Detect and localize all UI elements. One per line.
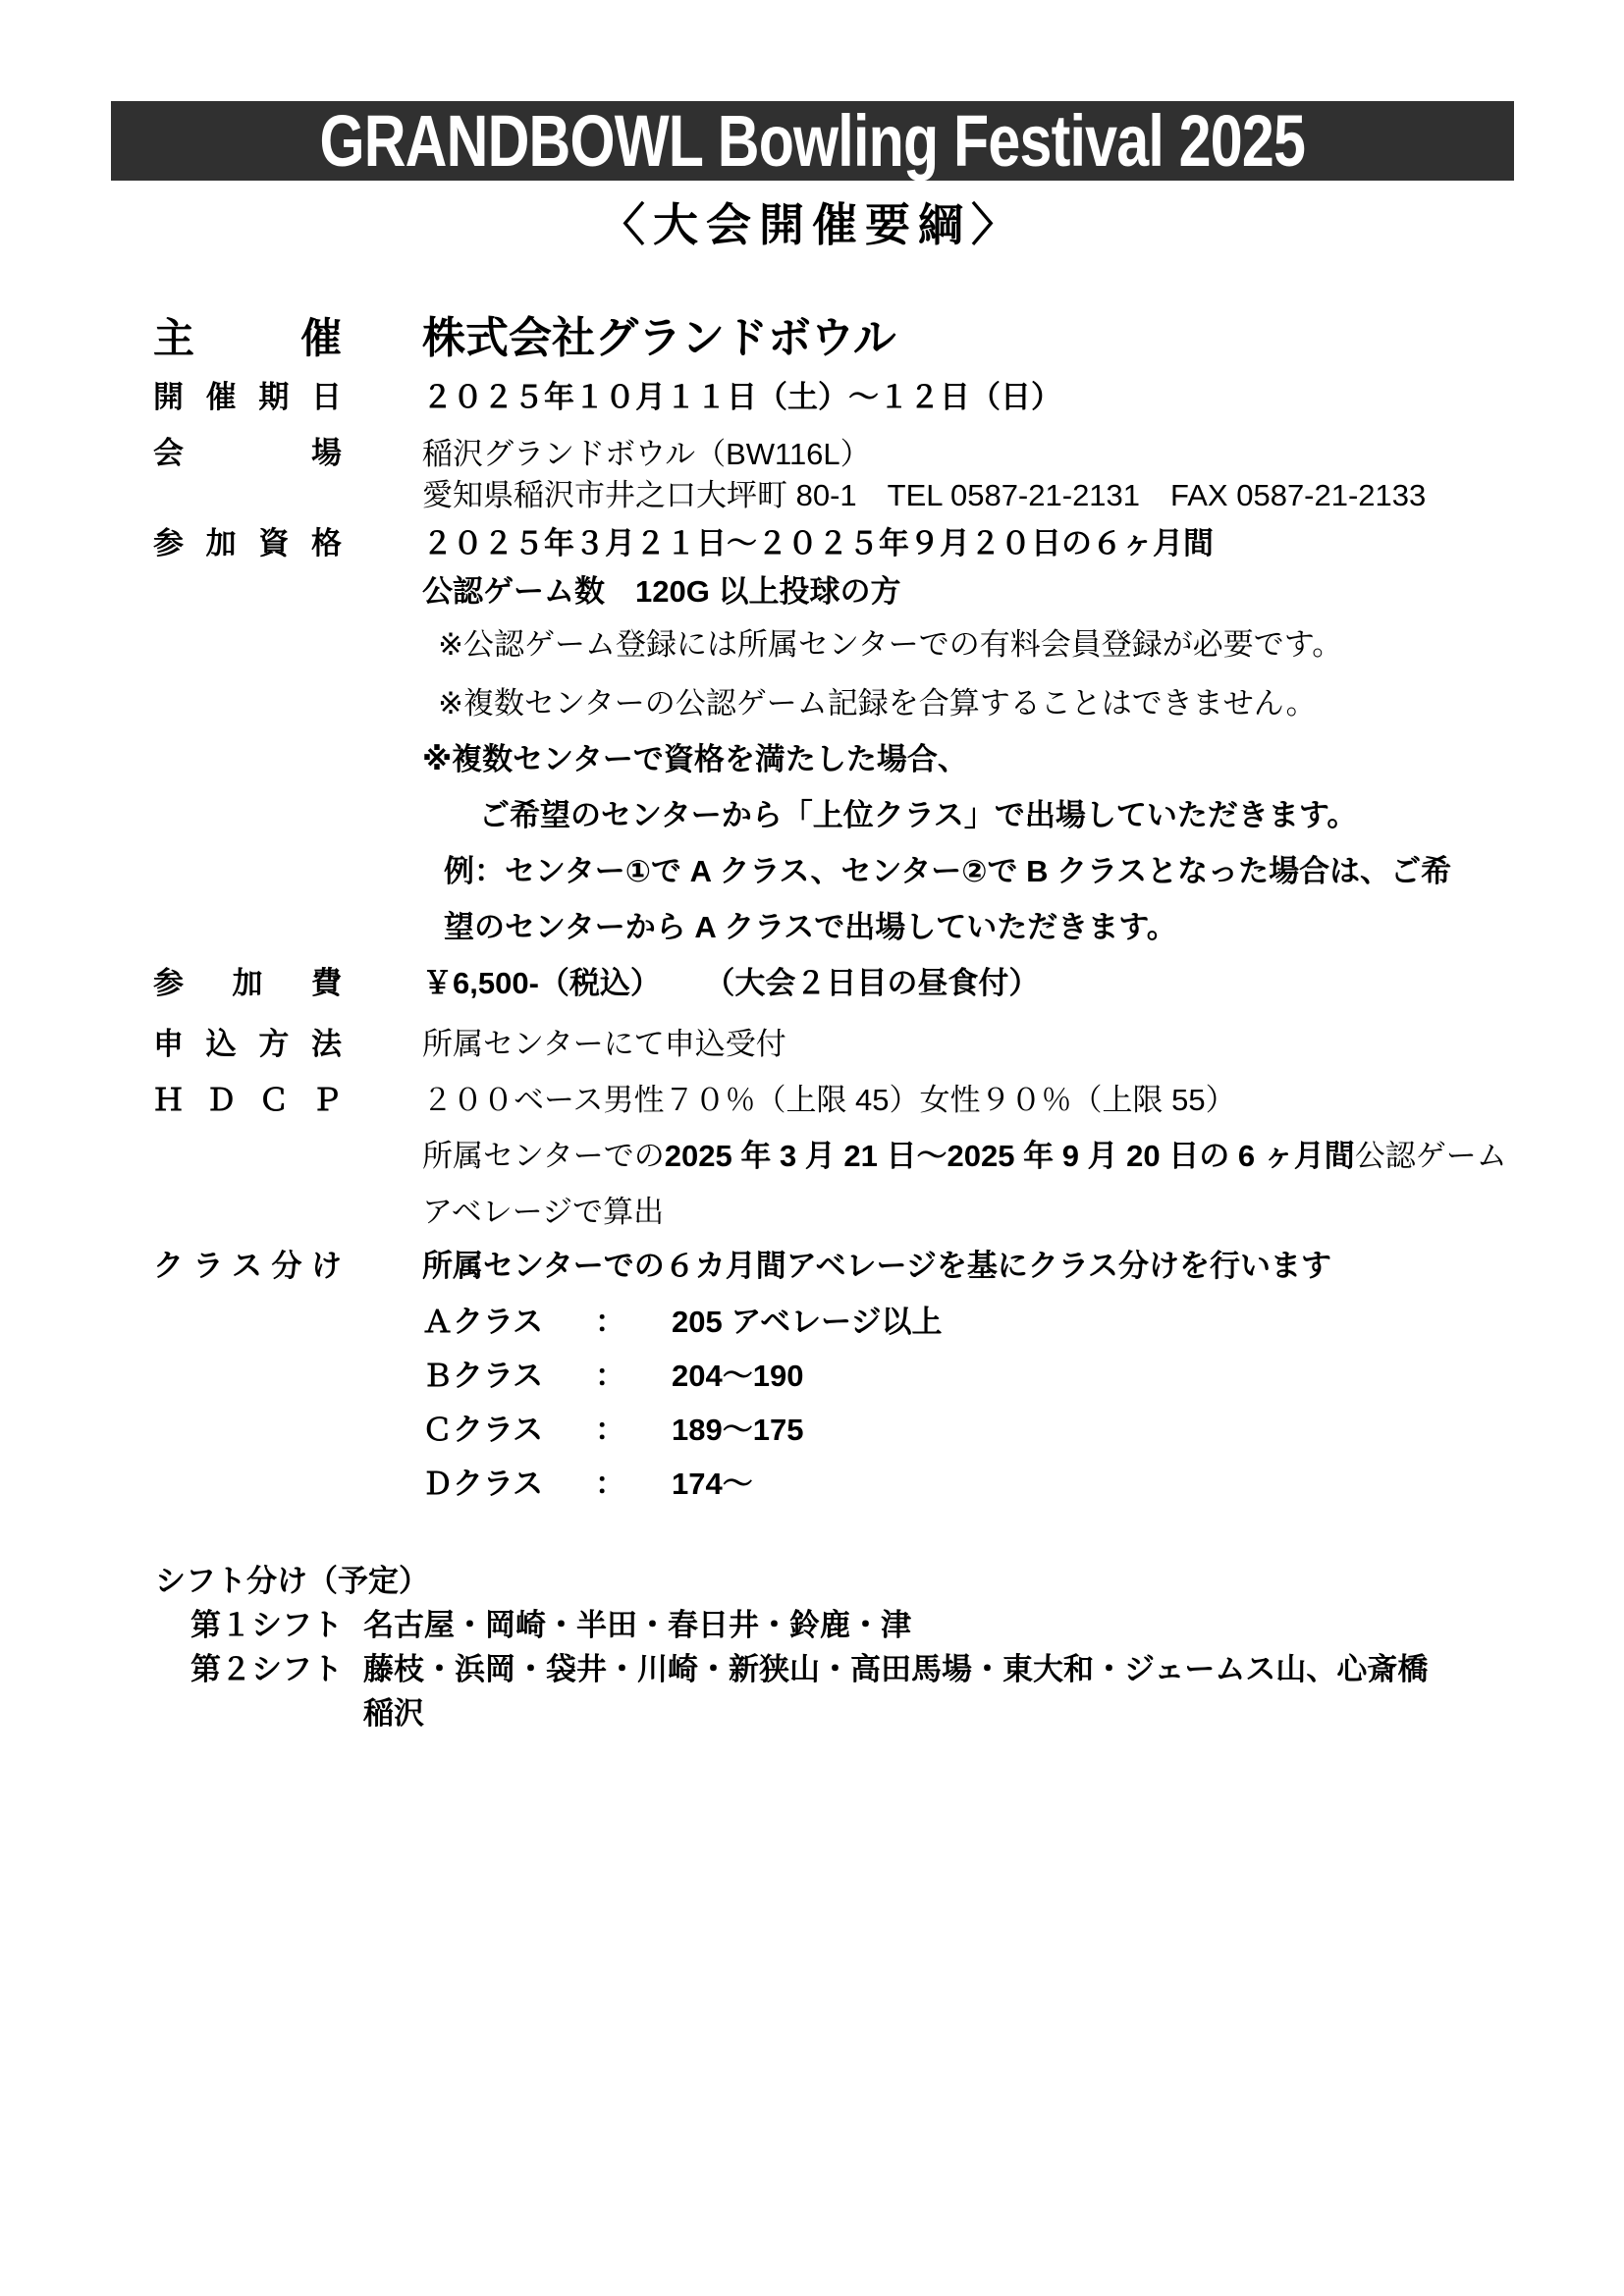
- organizer-value: 株式会社グランドボウル: [342, 314, 896, 363]
- dates-label: 開催期日: [153, 378, 342, 417]
- page-subtitle: 〈大会開催要綱〉: [0, 196, 1624, 253]
- outline-body: 主催 株式会社グランドボウル 開催期日 ２０２５年１０月１１日（土）～１２日（日…: [153, 314, 1526, 1504]
- dates-row: 開催期日 ２０２５年１０月１１日（土）～１２日（日）: [153, 378, 1526, 417]
- fee-label: 参加費: [153, 964, 342, 1003]
- eligibility-multi-case-2: ご希望のセンターから「上位クラス」で出場していただきます。: [153, 796, 1526, 835]
- classes-label: クラス分け: [153, 1247, 342, 1286]
- class-row-a: Ａクラス ： 205 アベレージ以上: [153, 1303, 1526, 1342]
- class-name: Ｂクラス: [422, 1357, 595, 1396]
- dates-value: ２０２５年１０月１１日（土）～１２日（日）: [342, 378, 1061, 417]
- hdcp-calc-period: 2025 年 3 月 21 日～2025 年 9 月 20 日の 6 ヶ月間: [665, 1139, 1355, 1173]
- hdcp-value: ２００ベース男性７０％（上限 45）女性９０％（上限 55）: [342, 1081, 1236, 1120]
- application-row: 申込方法 所属センターにて申込受付: [153, 1025, 1526, 1064]
- class-row-b: Ｂクラス ： 204～190: [153, 1357, 1526, 1396]
- hdcp-label: ＨＤＣＰ: [153, 1081, 342, 1120]
- venue-row: 会場 稲沢グランドボウル（BW116L） 愛知県稲沢市井之口大坪町 80-1 T…: [153, 434, 1526, 516]
- shift-row-2-continuation: 稲沢: [155, 1691, 1565, 1735]
- venue-address: 愛知県稲沢市井之口大坪町 80-1 TEL 0587-21-2131 FAX 0…: [422, 475, 1426, 516]
- eligibility-games: 公認ゲーム数 120G 以上投球の方: [153, 572, 1526, 612]
- eligibility-label: 参加資格: [153, 524, 342, 563]
- class-separator: ：: [595, 1465, 672, 1504]
- shift-name-spacer: [190, 1691, 363, 1735]
- eligibility-example-1: 例：センター①で A クラス、センター②で B クラスとなった場合は、ご希: [153, 852, 1526, 891]
- shifts-section: シフト分け（予定） 第１シフト 名古屋・岡崎・半田・春日井・鈴鹿・津 第２シフト…: [155, 1559, 1565, 1735]
- class-range: 189～175: [672, 1411, 803, 1450]
- organizer-label: 主催: [153, 314, 342, 363]
- eligibility-example-2: 望のセンターから A クラスで出場していただきます。: [153, 908, 1526, 947]
- classes-row: クラス分け 所属センターでの６カ月間アベレージを基にクラス分けを行います: [153, 1247, 1526, 1286]
- eligibility-row: 参加資格 ２０２５年３月２１日～２０２５年９月２０日の６ヶ月間: [153, 524, 1526, 563]
- application-value: 所属センターにて申込受付: [342, 1025, 786, 1064]
- eligibility-note-1: ※公認ゲーム登録には所属センターでの有料会員登録が必要です。: [153, 625, 1526, 665]
- class-separator: ：: [595, 1357, 672, 1396]
- hdcp-calc-line-2: アベレージで算出: [153, 1193, 1526, 1232]
- shifts-heading: シフト分け（予定）: [155, 1559, 1565, 1603]
- class-row-c: Ｃクラス ： 189～175: [153, 1411, 1526, 1450]
- eligibility-note-2: ※複数センターの公認ゲーム記録を合算することはできません。: [153, 684, 1526, 723]
- class-separator: ：: [595, 1411, 672, 1450]
- class-range: 174～: [672, 1465, 753, 1504]
- class-name: Ｄクラス: [422, 1465, 595, 1504]
- shift-name: 第２シフト: [190, 1647, 363, 1691]
- eligibility-multi-case: ※複数センターで資格を満たした場合、: [153, 740, 1526, 779]
- hdcp-calc-prefix: 所属センターでの: [422, 1139, 665, 1173]
- shift-centers: 名古屋・岡崎・半田・春日井・鈴鹿・津: [363, 1603, 1565, 1647]
- fee-value: ￥6,500-（税込）（大会２日目の昼食付）: [342, 964, 1039, 1003]
- eligibility-period: ２０２５年３月２１日～２０２５年９月２０日の６ヶ月間: [342, 524, 1214, 563]
- venue-lines: 稲沢グランドボウル（BW116L） 愛知県稲沢市井之口大坪町 80-1 TEL …: [342, 434, 1426, 516]
- shift-centers: 藤枝・浜岡・袋井・川崎・新狭山・高田馬場・東大和・ジェームス山、心斎橋: [363, 1647, 1565, 1691]
- class-name: Ｃクラス: [422, 1411, 595, 1450]
- venue-label: 会場: [153, 434, 342, 473]
- class-row-d: Ｄクラス ： 174～: [153, 1465, 1526, 1504]
- venue-name: 稲沢グランドボウル（BW116L）: [422, 434, 1426, 475]
- shift-name: 第１シフト: [190, 1603, 363, 1647]
- shift-row-1: 第１シフト 名古屋・岡崎・半田・春日井・鈴鹿・津: [155, 1603, 1565, 1647]
- application-label: 申込方法: [153, 1025, 342, 1064]
- fee-note: （大会２日目の昼食付）: [720, 966, 1040, 1000]
- classes-intro: 所属センターでの６カ月間アベレージを基にクラス分けを行います: [342, 1247, 1331, 1286]
- class-name: Ａクラス: [422, 1303, 595, 1342]
- class-range: 204～190: [672, 1357, 803, 1396]
- class-range: 205 アベレージ以上: [672, 1303, 942, 1342]
- banner-title: GRANDBOWL Bowling Festival 2025: [320, 105, 1306, 178]
- shift-row-2: 第２シフト 藤枝・浜岡・袋井・川崎・新狭山・高田馬場・東大和・ジェームス山、心斎…: [155, 1647, 1565, 1691]
- hdcp-calc-line-1: 所属センターでの2025 年 3 月 21 日～2025 年 9 月 20 日の…: [153, 1137, 1526, 1176]
- title-banner: GRANDBOWL Bowling Festival 2025: [111, 101, 1514, 181]
- hdcp-row: ＨＤＣＰ ２００ベース男性７０％（上限 45）女性９０％（上限 55）: [153, 1081, 1526, 1120]
- organizer-row: 主催 株式会社グランドボウル: [153, 314, 1526, 363]
- hdcp-calc-suffix: 公認ゲーム: [1355, 1139, 1507, 1173]
- fee-amount: ￥6,500-（税込）: [422, 966, 661, 1000]
- fee-row: 参加費 ￥6,500-（税込）（大会２日目の昼食付）: [153, 964, 1526, 1003]
- class-separator: ：: [595, 1303, 672, 1342]
- shift-centers-continuation: 稲沢: [363, 1691, 1565, 1735]
- document-page: GRANDBOWL Bowling Festival 2025 〈大会開催要綱〉…: [0, 0, 1624, 2296]
